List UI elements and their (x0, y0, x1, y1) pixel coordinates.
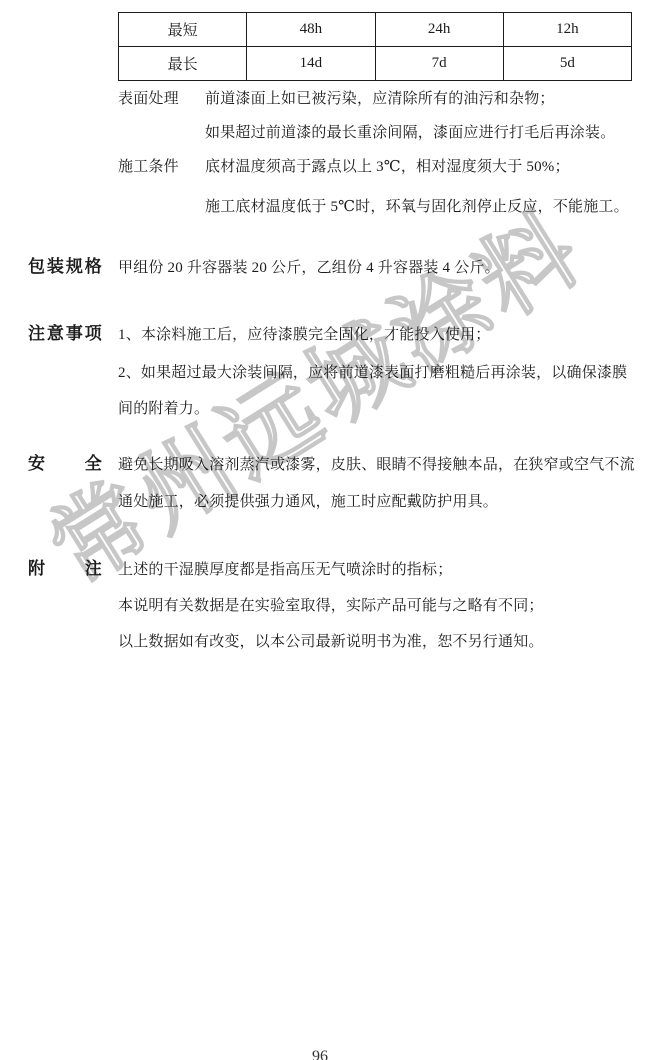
recoat-interval-table: 最短 48h 24h 12h 最长 14d 7d 5d (118, 12, 632, 81)
packaging-line: 甲组份 20 升容器装 20 公斤，乙组份 4 升容器装 4 公斤。 (118, 259, 500, 278)
section-label-safety: 安全 (28, 454, 102, 473)
section-label-surface-treatment: 表面处理 (118, 90, 179, 109)
table-cell: 7d (375, 47, 503, 81)
document-page: 常州远城涂料 最短 48h 24h 12h 最长 14d 7d 5d 表面处理 … (0, 0, 650, 1060)
section-label-notes: 附注 (28, 559, 102, 578)
table-cell: 12h (503, 13, 631, 47)
table-row: 最短 48h 24h 12h (119, 13, 632, 47)
table-cell: 24h (375, 13, 503, 47)
table-cell: 48h (247, 13, 375, 47)
precautions-line: 2、如果超过最大涂装间隔，应将前道漆表面打磨粗糙后再涂装，以确保漆膜 (118, 364, 627, 383)
precautions-line: 间的附着力。 (118, 400, 209, 419)
table-cell: 最短 (119, 13, 247, 47)
application-conditions-line: 施工底材温度低于 5℃时，环氧与固化剂停止反应，不能施工。 (205, 198, 629, 217)
application-conditions-line: 底材温度须高于露点以上 3℃，相对湿度须大于 50%； (205, 158, 570, 177)
safety-line: 通处施工，必须提供强力通风，施工时应配戴防护用具。 (118, 493, 498, 512)
table-cell: 5d (503, 47, 631, 81)
section-label-application-conditions: 施工条件 (118, 158, 179, 177)
safety-line: 避免长期吸入溶剂蒸汽或漆雾，皮肤、眼睛不得接触本品，在狭窄或空气不流 (118, 456, 635, 475)
surface-treatment-line: 前道漆面上如已被污染，应清除所有的油污和杂物； (205, 90, 555, 109)
notes-line: 以上数据如有改变，以本公司最新说明书为准，恕不另行通知。 (118, 633, 544, 652)
precautions-line: 1、本涂料施工后，应待漆膜完全固化，才能投入使用； (118, 326, 491, 345)
document-content: 最短 48h 24h 12h 最长 14d 7d 5d 表面处理 前道漆面上如已… (0, 0, 650, 1060)
section-label-packaging: 包装规格 (28, 257, 102, 276)
section-label-precautions: 注意事项 (28, 324, 102, 343)
notes-line: 上述的干湿膜厚度都是指高压无气喷涂时的指标； (118, 561, 452, 580)
surface-treatment-line: 如果超过前道漆的最长重涂间隔，漆面应进行打毛后再涂装。 (205, 124, 615, 143)
table-cell: 14d (247, 47, 375, 81)
notes-line: 本说明有关数据是在实验室取得，实际产品可能与之略有不同； (118, 597, 544, 616)
table-cell: 最长 (119, 47, 247, 81)
table-row: 最长 14d 7d 5d (119, 47, 632, 81)
page-number: 96 (312, 1048, 328, 1060)
